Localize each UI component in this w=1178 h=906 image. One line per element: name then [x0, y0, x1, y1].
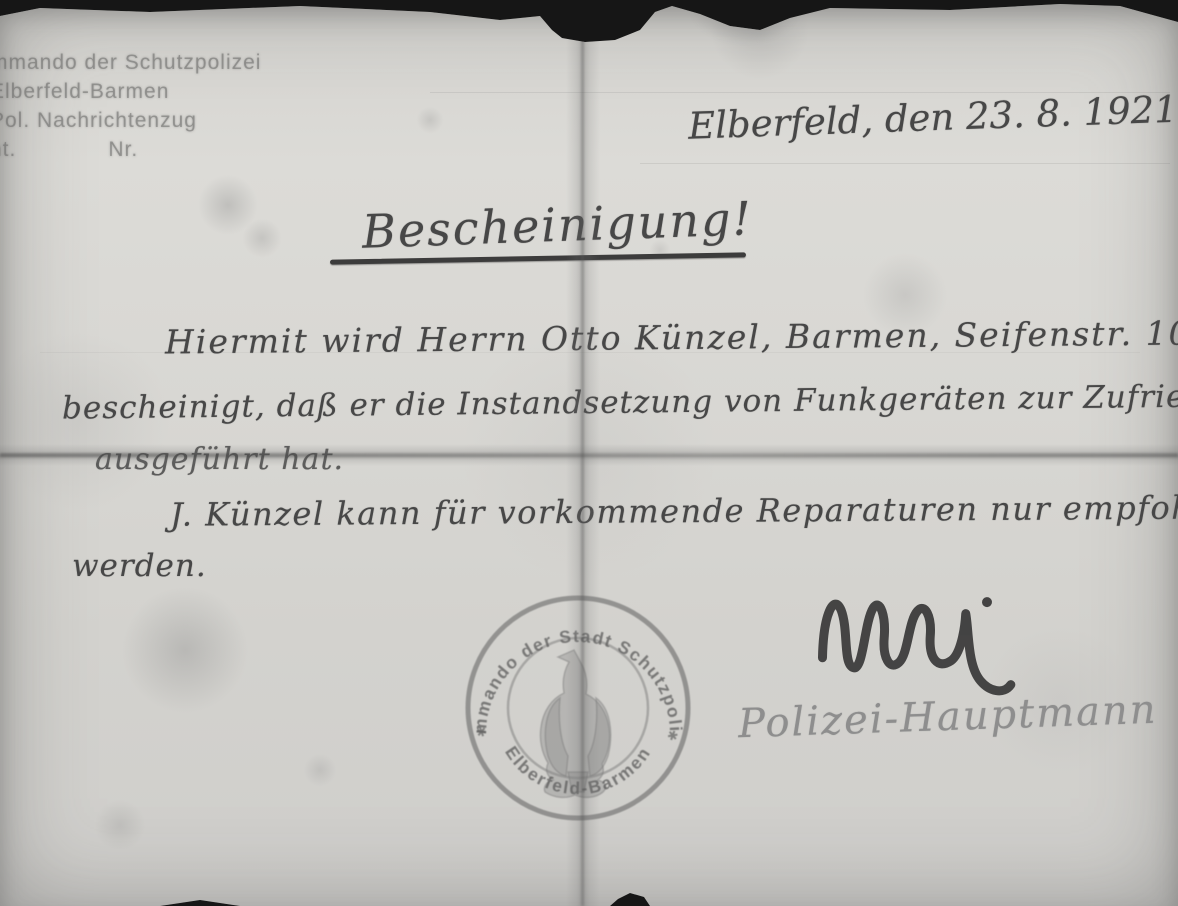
letterhead-line-1: mmando der Schutzpolizei [0, 48, 261, 77]
letterhead: mmando der Schutzpolizei Elberfeld-Barme… [0, 48, 261, 164]
paper-crease-mark [690, 0, 800, 44]
ruled-line [640, 163, 1170, 164]
date-line: Elberfeld, den 23. 8. 1921. [687, 87, 1178, 147]
document-title: Bescheinigung! [361, 191, 754, 259]
letterhead-line-3: Pol. Nachrichtenzug [0, 106, 261, 135]
horizontal-fold-line [0, 453, 1178, 457]
letterhead-line-4-right: Nr. [108, 135, 138, 164]
letterhead-line-4-left: nt. [0, 135, 16, 164]
letterhead-line-2: Elberfeld-Barmen [0, 77, 261, 106]
body-line-2: bescheinigt, daß er die Instandsetzung v… [62, 377, 1178, 426]
body-line-4: J. Künzel kann für vorkommende Reparatur… [170, 488, 1178, 534]
signoff-title: Polizei-Hauptmann [737, 687, 1158, 748]
document-page: mmando der Schutzpolizei Elberfeld-Barme… [0, 0, 1178, 906]
body-line-5: werden. [72, 548, 207, 584]
body-line-1: Hiermit wird Herrn Otto Künzel, Barmen, … [165, 314, 1178, 362]
